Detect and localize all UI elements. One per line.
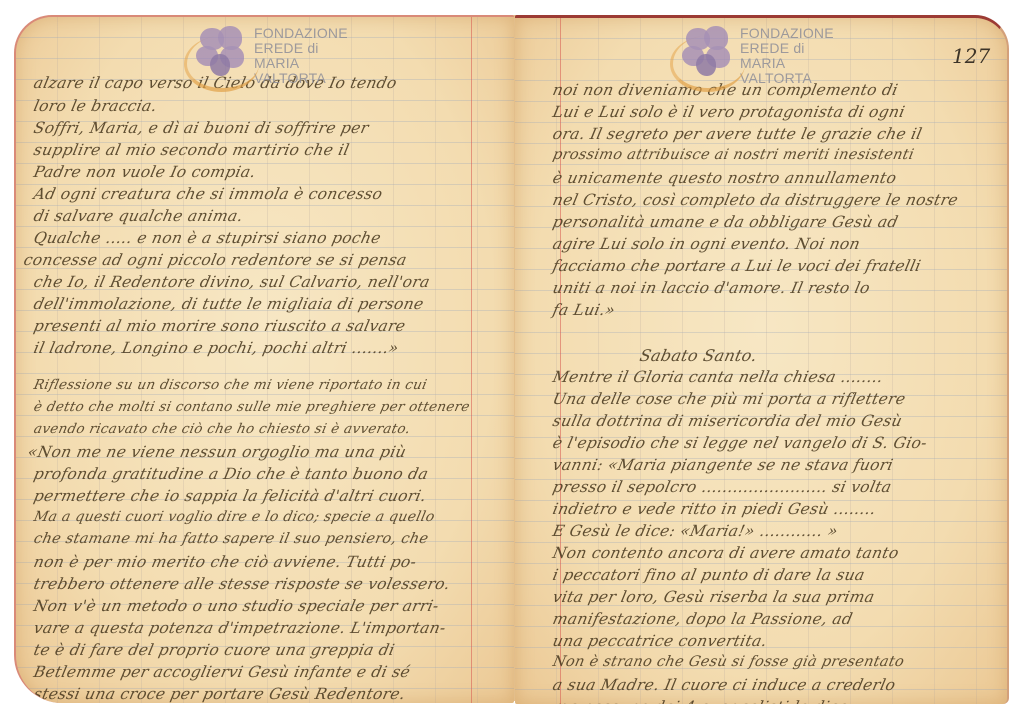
handwritten-line: i peccatori fino al punto di dare la sua bbox=[551, 566, 866, 584]
handwritten-line: «Non me ne viene nessun orgoglio ma una … bbox=[26, 443, 408, 461]
handwritten-line: facciamo che portare a Lui le voci dei f… bbox=[551, 257, 923, 275]
handwritten-line: indietro e vede ritto in piedi Gesù ....… bbox=[551, 500, 878, 518]
handwritten-line: personalità umane e da obbligare Gesù ad bbox=[551, 213, 900, 231]
left-notebook-page: alzare il capo verso il Cielo da dove Io… bbox=[14, 15, 514, 703]
handwritten-line: vita per loro, Gesù riserba la sua prima bbox=[551, 588, 876, 606]
page-number: 127 bbox=[952, 44, 990, 68]
margin-line bbox=[471, 17, 472, 703]
handwritten-line: vare a questa potenza d'impetrazione. L'… bbox=[32, 619, 447, 637]
handwritten-line: che Io, il Redentore divino, sul Calvari… bbox=[32, 273, 432, 291]
handwritten-line: stessi una croce per portare Gesù Redent… bbox=[32, 685, 407, 703]
handwritten-line: presenti al mio morire sono riuscito a s… bbox=[32, 317, 407, 335]
handwritten-line: Non è strano che Gesù si fosse già prese… bbox=[551, 654, 905, 670]
handwritten-line: è detto che molti si contano sulle mie p… bbox=[32, 399, 471, 415]
handwritten-line: ora. Il segreto per avere tutte le grazi… bbox=[551, 125, 924, 143]
handwritten-line: te è di fare del proprio cuore una grepp… bbox=[32, 641, 396, 659]
handwritten-line: è l'episodio che si legge nel vangelo di… bbox=[551, 434, 929, 452]
handwritten-line: Lui e Lui solo è il vero protagonista di… bbox=[551, 103, 906, 121]
section-heading: Sabato Santo. bbox=[638, 346, 759, 365]
handwritten-line: vanni: «Maria piangente se ne stava fuor… bbox=[551, 456, 895, 474]
handwritten-line: supplire al mio secondo martirio che il bbox=[32, 141, 351, 159]
handwritten-line: profonda gratitudine a Dio che è tanto b… bbox=[32, 465, 430, 483]
handwritten-line: avendo ricavato che ciò che ho chiesto s… bbox=[32, 421, 412, 437]
handwritten-line: presso il sepolcro .....................… bbox=[551, 478, 893, 496]
handwritten-line: Mentre il Gloria canta nella chiesa ....… bbox=[551, 368, 885, 386]
handwritten-line: Soffri, Maria, e dì ai buoni di soffrire… bbox=[32, 119, 370, 137]
handwritten-line: Ma a questi cuori voglio dire e lo dico;… bbox=[32, 509, 436, 525]
handwritten-line: Non contento ancora di avere amato tanto bbox=[551, 544, 900, 562]
handwritten-line: è unicamente questo nostro annullamento bbox=[551, 169, 898, 187]
handwritten-line: Padre non vuole Io compia. bbox=[32, 163, 258, 181]
handwritten-line: uniti a noi in laccio d'amore. Il resto … bbox=[551, 279, 872, 297]
handwritten-line: concesse ad ogni piccolo redentore se si… bbox=[22, 251, 408, 269]
handwritten-line: trebbero ottenere alle stesse risposte s… bbox=[32, 575, 452, 593]
handwritten-line: Una delle cose che più mi porta a riflet… bbox=[551, 390, 907, 408]
handwritten-line: manifestazione, dopo la Passione, ad bbox=[551, 610, 854, 628]
handwritten-line: loro le braccia. bbox=[32, 97, 159, 115]
handwritten-line: agire Lui solo in ogni evento. Noi non bbox=[551, 235, 862, 253]
handwritten-line: di salvare qualche anima. bbox=[32, 207, 245, 225]
handwritten-line: E Gesù le dice: «Maria!» ............ » bbox=[551, 522, 840, 540]
handwritten-line: ma nessuno dei 4 evangelisti lo dice. bbox=[551, 698, 855, 704]
handwritten-line: sulla dottrina di misericordia del mio G… bbox=[551, 412, 904, 430]
handwritten-line: permettere che io sappia la felicità d'a… bbox=[32, 487, 428, 505]
handwritten-line: che stamane mi ha fatto sapere il suo pe… bbox=[32, 531, 430, 547]
handwritten-line: fa Lui.» bbox=[551, 301, 617, 319]
handwritten-line: dell'immolazione, di tutte le migliaia d… bbox=[32, 295, 425, 313]
handwritten-line: una peccatrice convertita. bbox=[551, 632, 769, 650]
handwritten-line: Betlemme per accogliervi Gesù infante e … bbox=[32, 663, 412, 681]
handwritten-line: Non v'è un metodo o uno studio speciale … bbox=[32, 597, 440, 615]
handwritten-line: non è per mio merito che ciò avviene. Tu… bbox=[32, 553, 418, 571]
handwritten-line: Qualche ..... e non è a stupirsi siano p… bbox=[32, 229, 383, 247]
handwritten-line: il ladrone, Longino e pochi, pochi altri… bbox=[32, 339, 400, 357]
handwritten-line: Riflessione su un discorso che mi viene … bbox=[32, 377, 428, 393]
handwritten-line: nel Cristo, così completo da distruggere… bbox=[551, 191, 960, 209]
handwritten-line: noi non diveniamo che un complemento di bbox=[551, 81, 900, 99]
handwritten-line: alzare il capo verso il Cielo da dove Io… bbox=[32, 74, 399, 92]
handwritten-line: a sua Madre. Il cuore ci induce a creder… bbox=[551, 676, 897, 694]
handwritten-line: prossimo attribuisce ai nostri meriti in… bbox=[551, 147, 915, 163]
right-notebook-page: 127 noi non diveniamo che un complemento… bbox=[515, 15, 1009, 704]
handwritten-line: Ad ogni creatura che si immola è concess… bbox=[32, 185, 384, 203]
